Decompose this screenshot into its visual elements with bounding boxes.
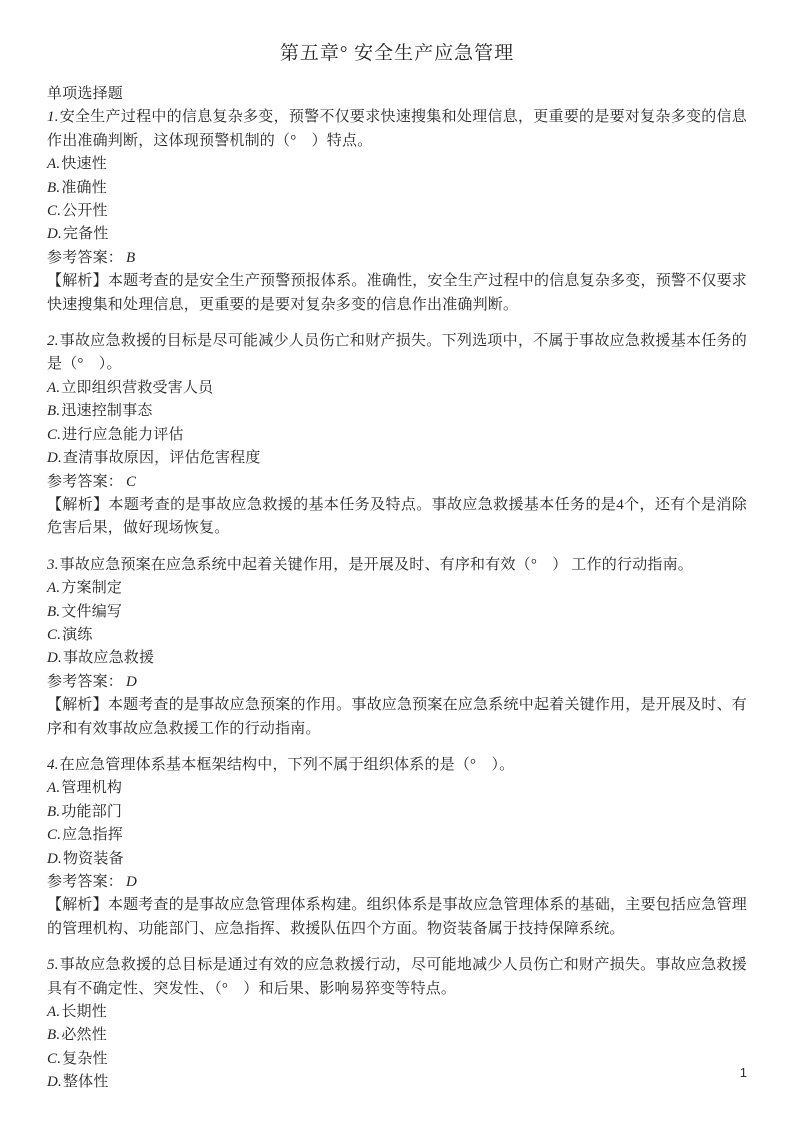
analysis: 【解析】本题考查的是事故应急管理体系构建。组织体系是事故应急管理体系的基础，主要… xyxy=(47,894,747,941)
question-stem: 3.事故应急预案在应急系统中起着关键作用，是开展及时、有序和有效（° ） 工作的… xyxy=(47,554,747,577)
option-text: 立即组织营救受害人员 xyxy=(61,380,213,396)
option-label: D. xyxy=(47,226,63,242)
option-text: 功能部门 xyxy=(61,804,122,820)
option: A.长期性 xyxy=(47,1001,747,1024)
option: D.查清事故原因，评估危害程度 xyxy=(47,447,747,470)
option-text: 准确性 xyxy=(61,180,107,196)
question-text: 事故应急预案在应急系统中起着关键作用，是开展及时、有序和有效（° ） 工作的行动… xyxy=(60,557,693,573)
option-text: 文件编写 xyxy=(61,604,122,620)
question-stem: 1.安全生产过程中的信息复杂多变，预警不仅要求快速搜集和处理信息，更重要的是要对… xyxy=(47,106,747,153)
option-label: A. xyxy=(47,580,61,596)
option-text: 进行应急能力评估 xyxy=(62,427,184,443)
option-label: D. xyxy=(47,650,63,666)
option-text: 复杂性 xyxy=(62,1051,108,1067)
option-label: B. xyxy=(47,804,61,820)
answer-line: 参考答案：C xyxy=(47,471,747,494)
option-label: B. xyxy=(47,604,61,620)
option: B.准确性 xyxy=(47,177,747,200)
option: D.物资装备 xyxy=(47,848,747,871)
option-text: 整体性 xyxy=(63,1074,109,1090)
option: B.迅速控制事态 xyxy=(47,400,747,423)
option: C.应急指挥 xyxy=(47,824,747,847)
question-block-4: 4.在应急管理体系基本框架结构中，下列不属于组织体系的是（° ）。 A.管理机构… xyxy=(47,754,747,941)
option-label: D. xyxy=(47,1074,63,1090)
document-page: 第五章° 安全生产应急管理 单项选择题 1.安全生产过程中的信息复杂多变，预警不… xyxy=(0,0,793,1122)
answer-label: 参考答案： xyxy=(47,874,123,890)
option-text: 必然性 xyxy=(61,1027,107,1043)
question-number: 2. xyxy=(47,333,60,349)
question-block-2: 2.事故应急救援的目标是尽可能减少人员伤亡和财产损失。下列选项中，不属于事故应急… xyxy=(47,330,747,541)
option: D.整体性 xyxy=(47,1071,747,1094)
question-number: 4. xyxy=(47,757,60,773)
answer-line: 参考答案：D xyxy=(47,671,747,694)
question-text: 事故应急救援的总目标是通过有效的应急救援行动，尽可能地减少人员伤亡和财产损失。事… xyxy=(47,957,747,996)
option-text: 迅速控制事态 xyxy=(61,403,152,419)
option-label: D. xyxy=(47,450,63,466)
analysis: 【解析】本题考查的是事故应急救援的基本任务及特点。事故应急救援基本任务的是4个，… xyxy=(47,494,747,541)
question-stem: 5.事故应急救援的总目标是通过有效的应急救援行动，尽可能地减少人员伤亡和财产损失… xyxy=(47,954,747,1001)
option-label: A. xyxy=(47,380,61,396)
question-block-3: 3.事故应急预案在应急系统中起着关键作用，是开展及时、有序和有效（° ） 工作的… xyxy=(47,554,747,741)
option-text: 公开性 xyxy=(62,203,108,219)
question-number: 3. xyxy=(47,557,60,573)
option-text: 演练 xyxy=(62,627,92,643)
option-text: 物资装备 xyxy=(63,851,124,867)
analysis: 【解析】本题考查的是安全生产预警预报体系。准确性，安全生产过程中的信息复杂多变，… xyxy=(47,270,747,317)
answer-label: 参考答案： xyxy=(47,474,123,490)
option: C.进行应急能力评估 xyxy=(47,424,747,447)
option-label: A. xyxy=(47,1004,61,1020)
question-text: 事故应急救援的目标是尽可能减少人员伤亡和财产损失。下列选项中，不属于事故应急救援… xyxy=(47,333,747,372)
option-label: B. xyxy=(47,1027,61,1043)
question-block-5: 5.事故应急救援的总目标是通过有效的应急救援行动，尽可能地减少人员伤亡和财产损失… xyxy=(47,954,747,1094)
question-number: 5. xyxy=(47,957,60,973)
question-block-1: 1.安全生产过程中的信息复杂多变，预警不仅要求快速搜集和处理信息，更重要的是要对… xyxy=(47,106,747,317)
option: C.公开性 xyxy=(47,200,747,223)
option: C.演练 xyxy=(47,624,747,647)
question-stem: 4.在应急管理体系基本框架结构中，下列不属于组织体系的是（° ）。 xyxy=(47,754,747,777)
option-text: 管理机构 xyxy=(61,780,122,796)
option: B.功能部门 xyxy=(47,801,747,824)
option-label: C. xyxy=(47,1051,62,1067)
option: A.管理机构 xyxy=(47,777,747,800)
option: A.方案制定 xyxy=(47,577,747,600)
answer-value: C xyxy=(123,474,136,490)
option-label: D. xyxy=(47,851,63,867)
answer-value: B xyxy=(123,250,135,266)
option-label: A. xyxy=(47,780,61,796)
option-label: A. xyxy=(47,156,61,172)
option-text: 事故应急救援 xyxy=(63,650,154,666)
option: A.快速性 xyxy=(47,153,747,176)
option-label: B. xyxy=(47,180,61,196)
option-text: 应急指挥 xyxy=(62,827,123,843)
option: B.文件编写 xyxy=(47,601,747,624)
section-heading: 单项选择题 xyxy=(47,83,747,106)
option: D.完备性 xyxy=(47,223,747,246)
page-number: 1 xyxy=(740,1064,747,1082)
page-title: 第五章° 安全生产应急管理 xyxy=(47,40,747,67)
question-stem: 2.事故应急救援的目标是尽可能减少人员伤亡和财产损失。下列选项中，不属于事故应急… xyxy=(47,330,747,377)
answer-line: 参考答案：D xyxy=(47,871,747,894)
answer-line: 参考答案：B xyxy=(47,247,747,270)
option: D.事故应急救援 xyxy=(47,647,747,670)
option: C.复杂性 xyxy=(47,1048,747,1071)
option: A.立即组织营救受害人员 xyxy=(47,377,747,400)
option-label: C. xyxy=(47,427,62,443)
answer-value: D xyxy=(123,674,137,690)
option-text: 查清事故原因，评估危害程度 xyxy=(63,450,261,466)
question-text: 在应急管理体系基本框架结构中，下列不属于组织体系的是（° ）。 xyxy=(60,757,515,773)
option: B.必然性 xyxy=(47,1024,747,1047)
option-label: C. xyxy=(47,203,62,219)
question-text: 安全生产过程中的信息复杂多变，预警不仅要求快速搜集和处理信息，更重要的是要对复杂… xyxy=(47,109,747,148)
answer-label: 参考答案： xyxy=(47,674,123,690)
analysis: 【解析】本题考查的是事故应急预案的作用。事故应急预案在应急系统中起着关键作用，是… xyxy=(47,694,747,741)
option-label: C. xyxy=(47,827,62,843)
answer-value: D xyxy=(123,874,137,890)
option-text: 长期性 xyxy=(61,1004,107,1020)
option-label: C. xyxy=(47,627,62,643)
option-text: 完备性 xyxy=(63,226,109,242)
answer-label: 参考答案： xyxy=(47,250,123,266)
option-label: B. xyxy=(47,403,61,419)
question-number: 1. xyxy=(47,109,60,125)
option-text: 快速性 xyxy=(61,156,107,172)
option-text: 方案制定 xyxy=(61,580,122,596)
